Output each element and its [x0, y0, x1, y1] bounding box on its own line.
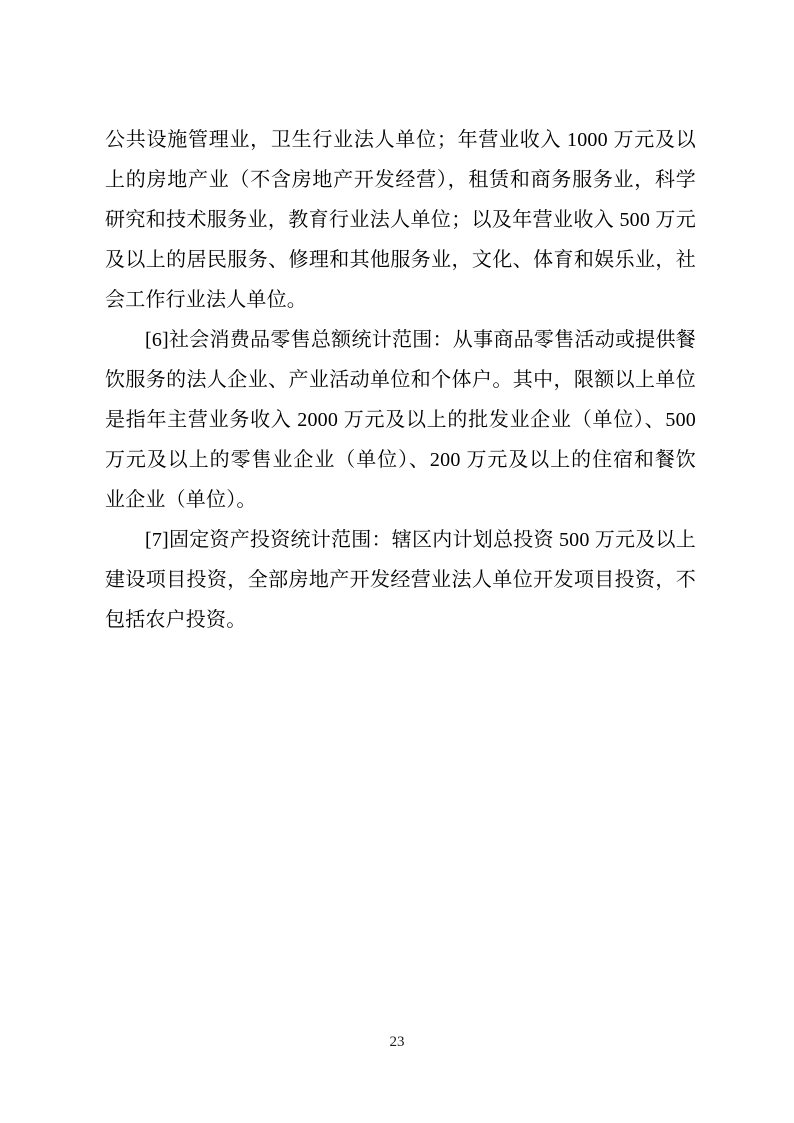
paragraph-continuation: 公共设施管理业，卫生行业法人单位；年营业收入 1000 万元及以上的房地产业（不…	[105, 120, 696, 320]
document-viewport: { "document": { "paragraphs": [ { "id": …	[0, 0, 794, 1123]
paragraph-footnote-6: [6]社会消费品零售总额统计范围：从事商品零售活动或提供餐饮服务的法人企业、产业…	[105, 320, 696, 520]
paragraph-footnote-7: [7]固定资产投资统计范围：辖区内计划总投资 500 万元及以上建设项目投资，全…	[105, 520, 696, 640]
document-page: 公共设施管理业，卫生行业法人单位；年营业收入 1000 万元及以上的房地产业（不…	[0, 0, 794, 1123]
page-number: 23	[0, 1034, 794, 1051]
body-text-block: 公共设施管理业，卫生行业法人单位；年营业收入 1000 万元及以上的房地产业（不…	[105, 120, 696, 640]
